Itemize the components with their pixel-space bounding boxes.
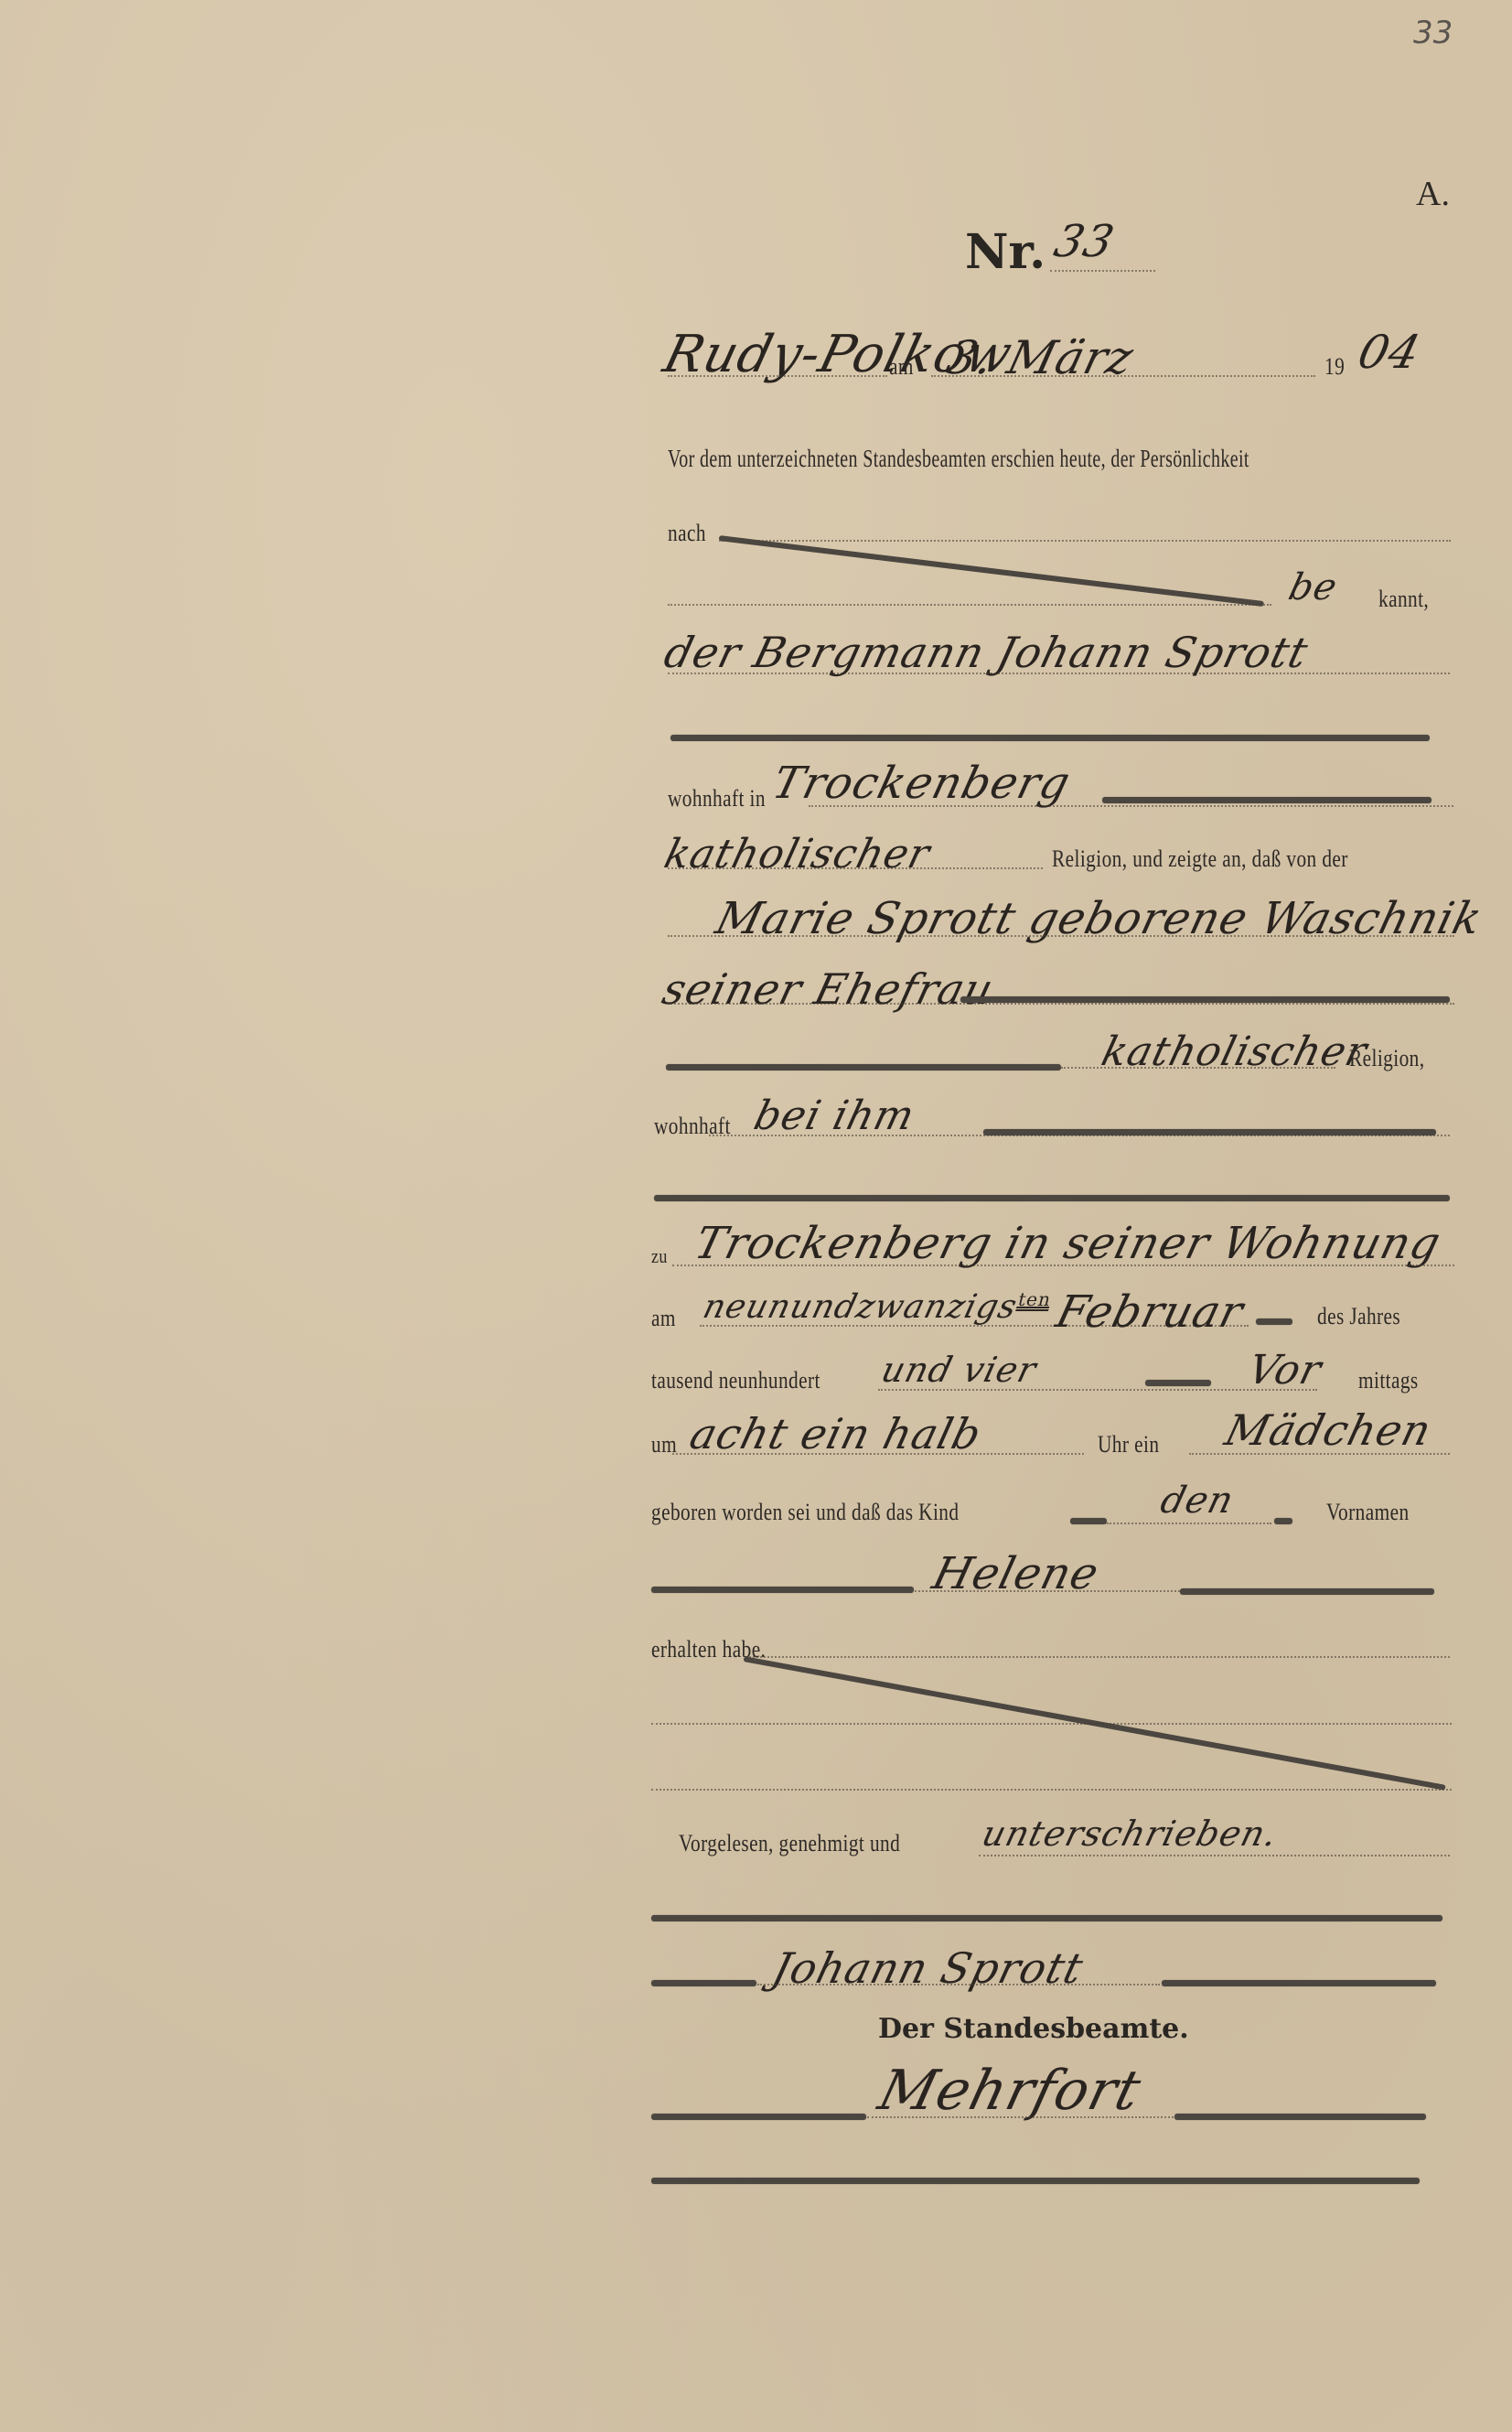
civil-register-page: 33 A. Nr. 33 Rudy-Polkow am 3. März 19 0…: [0, 0, 1512, 2432]
birth-time-dots: [672, 1453, 1084, 1455]
mother-religion-dots: [1061, 1067, 1335, 1069]
mother-dots: [668, 935, 1454, 937]
place-dots: [668, 375, 887, 377]
child-name-dots: [915, 1590, 1180, 1592]
strike-bar-7: [1256, 1318, 1292, 1325]
date-dots: [931, 375, 1315, 377]
strike-bar-8: [1145, 1380, 1211, 1386]
informant-dots: [668, 673, 1450, 674]
registrar-dots: [867, 2116, 1174, 2118]
birth-time-handwritten: acht ein halb: [686, 1413, 986, 1455]
year-suffix-handwritten: 04: [1354, 329, 1425, 375]
child-name-handwritten: Helene: [928, 1552, 1103, 1596]
strike-bar-15: [1162, 1980, 1436, 1986]
mother-name-handwritten: Marie Sprott geborene Waschnik: [712, 897, 1486, 941]
am-label: am: [889, 355, 914, 379]
vornamen-label: Vornamen: [1326, 1501, 1410, 1524]
zu-label: zu: [651, 1246, 668, 1266]
religion-label: Religion,: [1349, 1047, 1424, 1071]
signature-dots: [757, 1984, 1160, 1985]
child-article-handwritten: den: [1157, 1482, 1238, 1519]
registrar-signature: Mehrfort: [874, 2063, 1146, 2118]
strike-bar-10: [1274, 1518, 1292, 1524]
nach-dots: [719, 540, 1451, 542]
bekannt-print: kannt,: [1378, 587, 1429, 611]
strike-bar-2: [1102, 797, 1432, 803]
religion-dots: [668, 867, 1043, 869]
intro-line: Vor dem unterzeichneten Standesbeamten e…: [668, 447, 1249, 471]
strike-bar-6: [654, 1195, 1450, 1201]
mittags-label: mittags: [1358, 1369, 1419, 1393]
strike-bar-16: [651, 2114, 866, 2120]
vor-nach-handwritten: Vor: [1244, 1351, 1325, 1391]
entry-number-label: Nr.: [965, 224, 1046, 280]
geboren-line: geboren worden sei und daß das Kind: [651, 1501, 959, 1524]
entry-number-value: 33: [1050, 220, 1119, 264]
strike-bar-5: [983, 1129, 1436, 1135]
uhr-ein-label: Uhr ein: [1098, 1433, 1159, 1457]
des-jahres-label: des Jahres: [1317, 1305, 1400, 1329]
wohnhaft-in-label: wohnhaft in: [668, 787, 766, 811]
strike-bar-11: [651, 1587, 914, 1593]
pencil-page-number: 33: [1413, 15, 1453, 51]
registrar-label: Der Standesbeamte.: [878, 2013, 1189, 2045]
birth-day-handwritten: neunundzwanzigsten: [700, 1290, 1054, 1324]
strike-bar-18: [651, 2178, 1420, 2184]
article-dots: [1107, 1523, 1271, 1524]
birth-day-suffix: ten: [1015, 1288, 1054, 1310]
vorgelesen-handwritten: unterschrieben.: [979, 1816, 1281, 1851]
vorgelesen-dots: [979, 1855, 1450, 1856]
strike-bar-4: [666, 1064, 1061, 1071]
strike-bar-17: [1174, 2114, 1426, 2120]
blank-dots-1: [651, 1723, 1452, 1725]
child-sex-handwritten: Mädchen: [1221, 1409, 1436, 1451]
tausend-label: tausend neunhundert: [651, 1369, 820, 1393]
entry-number-dots: [1050, 270, 1155, 272]
strike-bar-3: [960, 996, 1450, 1003]
nach-label: nach: [668, 522, 706, 545]
religion-statement: Religion, und zeigte an, daß von der: [1052, 847, 1348, 871]
residence-dots: [809, 805, 1453, 807]
strike-bar-9: [1070, 1518, 1107, 1524]
form-letter: A.: [1416, 174, 1450, 214]
strike-bar-13: [651, 1915, 1442, 1921]
strike-diagonal-nach: [719, 535, 1264, 607]
birth-day-text: neunundzwanzigs: [700, 1288, 1022, 1326]
am-label-2: am: [651, 1307, 676, 1330]
birth-month-handwritten: Februar: [1052, 1290, 1248, 1334]
birth-place-handwritten: Trockenberg in seiner Wohnung: [691, 1221, 1445, 1265]
child-sex-dots: [1189, 1453, 1450, 1455]
year-prefix: 19: [1324, 355, 1345, 379]
strike-bar-1: [670, 735, 1430, 741]
blank-dots-2: [651, 1789, 1452, 1791]
date-handwritten: 3. März: [942, 335, 1138, 381]
erhalten-dots: [745, 1656, 1450, 1658]
relation-dots: [668, 1003, 1454, 1005]
informant-handwritten: der Bergmann Johann Sprott: [660, 631, 1313, 673]
birth-place-dots: [672, 1264, 1454, 1266]
bekannt-dots: [668, 604, 1271, 606]
mother-residence-handwritten: bei ihm: [750, 1096, 918, 1136]
birth-year-handwritten: und vier: [878, 1352, 1040, 1387]
strike-bar-12: [1180, 1588, 1434, 1595]
informant-residence-handwritten: Trockenberg: [768, 761, 1075, 805]
strike-bar-14: [651, 1980, 756, 1986]
bekannt-handwritten: be: [1285, 569, 1341, 606]
vorgelesen-label: Vorgelesen, genehmigt und: [679, 1832, 900, 1856]
